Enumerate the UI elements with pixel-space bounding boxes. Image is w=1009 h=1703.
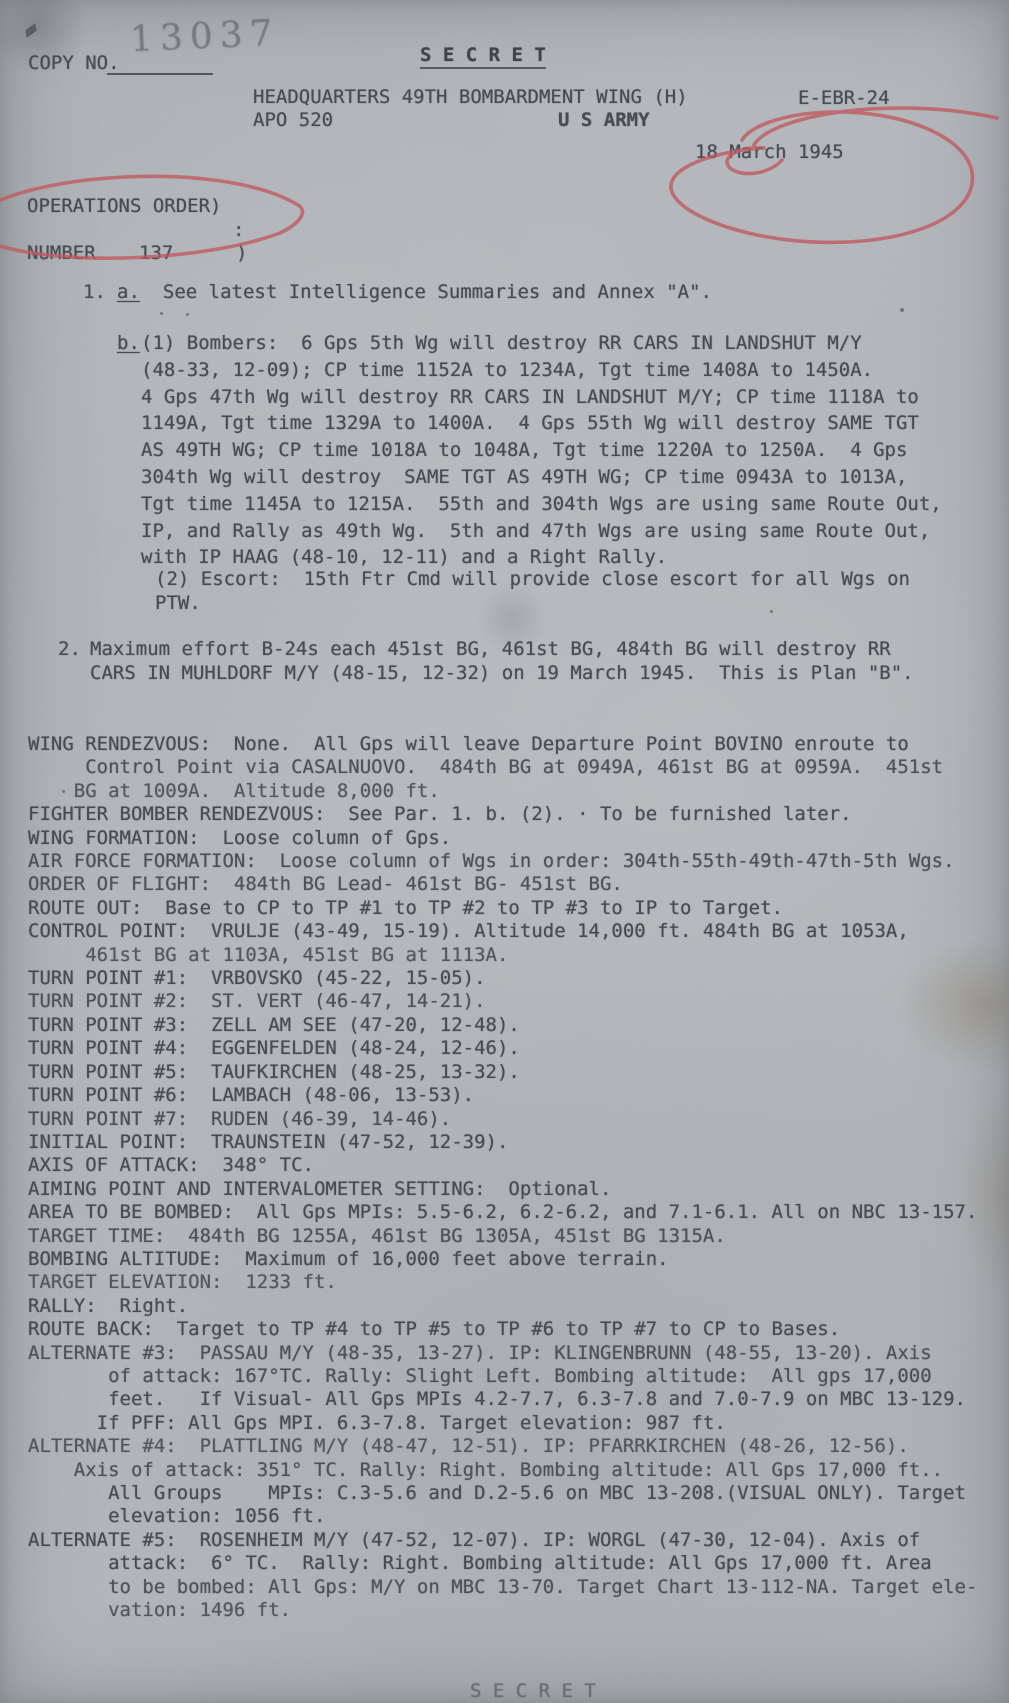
text-line: CARS IN MUHLDORF M/Y (48-15, 12-32) on 1…: [90, 661, 914, 685]
text-line: (2) Escort: 15th Ftr Cmd will provide cl…: [155, 567, 910, 591]
text-line: TURN POINT #3: ZELL AM SEE (47-20, 12-48…: [28, 1014, 977, 1037]
red-pen-circle-date: [671, 112, 973, 242]
operations-order-title: OPERATIONS ORDER): [27, 195, 221, 218]
text-line: TURN POINT #6: LAMBACH (48-06, 13-53).: [28, 1084, 977, 1107]
order-number-label: NUMBER: [27, 242, 96, 265]
text-line: AREA TO BE BOMBED: All Gps MPIs: 5.5-6.2…: [28, 1201, 977, 1224]
copy-number-stamp: 13037: [129, 13, 280, 60]
text-line: ALTERNATE #3: PASSAU M/Y (48-35, 13-27).…: [28, 1342, 977, 1365]
text-line: elevation: 1056 ft.: [28, 1505, 977, 1528]
text-line: BG at 1009A. Altitude 8,000 ft.: [28, 780, 977, 803]
classification-top: S E C R E T: [420, 44, 546, 69]
apo-line: APO 520: [253, 109, 333, 132]
headquarters-line: HEADQUARTERS 49TH BOMBARDMENT WING (H): [253, 86, 688, 109]
paragraph-1b-lines: (1) Bombers: 6 Gps 5th Wg will destroy R…: [141, 330, 942, 571]
text-line: BOMBING ALTITUDE: Maximum of 16,000 feet…: [28, 1248, 977, 1271]
text-line: If PFF: All Gps MPI. 6.3-7.8. Target ele…: [28, 1412, 977, 1435]
text-line: TURN POINT #7: RUDEN (46-39, 14-46).: [28, 1108, 977, 1131]
text-line: All Groups MPIs: C.3-5.6 and D.2-5.6 on …: [28, 1482, 977, 1505]
paragraph-1b-marker: b.: [117, 330, 140, 357]
paper-speck: [160, 312, 163, 315]
text-line: Axis of attack: 351° TC. Rally: Right. B…: [28, 1459, 977, 1482]
text-line: WING RENDEZVOUS: None. All Gps will leav…: [28, 733, 977, 756]
text-line: TURN POINT #1: VRBOVSKO (45-22, 15-05).: [28, 967, 977, 990]
order-details: WING RENDEZVOUS: None. All Gps will leav…: [28, 733, 977, 1622]
text-line: WING FORMATION: Loose column of Gps.: [28, 827, 977, 850]
paper-speck: [770, 610, 773, 613]
text-line: IP, and Rally as 49th Wg. 5th and 47th W…: [141, 518, 942, 545]
text-line: ROUTE OUT: Base to CP to TP #1 to TP #2 …: [28, 897, 977, 920]
text-line: ORDER OF FLIGHT: 484th BG Lead- 461st BG…: [28, 873, 977, 896]
text-line: feet. If Visual- All Gps MPIs 4.2-7.7, 6…: [28, 1388, 977, 1411]
paragraph-2-lines: Maximum effort B-24s each 451st BG, 461s…: [90, 637, 914, 685]
text-line: RALLY: Right.: [28, 1295, 977, 1318]
copy-no-blank-line: [107, 73, 213, 75]
text-line: ALTERNATE #5: ROSENHEIM M/Y (47-52, 12-0…: [28, 1529, 977, 1552]
text-line: CONTROL POINT: VRULJE (43-49, 15-19). Al…: [28, 920, 977, 943]
text-line: PTW.: [155, 591, 910, 615]
text-line: 461st BG at 1103A, 451st BG at 1113A.: [28, 944, 977, 967]
copy-no-label: COPY NO.: [28, 52, 120, 75]
order-separator-colon: :: [233, 219, 244, 242]
text-line: TURN POINT #4: EGGENFELDEN (48-24, 12-46…: [28, 1037, 977, 1060]
paragraph-1-number: 1.: [83, 281, 106, 304]
paper-speck: [186, 313, 189, 316]
text-line: 4 Gps 47th Wg will destroy RR CARS IN LA…: [141, 384, 942, 411]
text-line: Tgt time 1145A to 1215A. 55th and 304th …: [141, 491, 942, 518]
text-line: Control Point via CASALNUOVO. 484th BG a…: [28, 756, 977, 779]
text-line: AS 49TH WG; CP time 1018A to 1048A, Tgt …: [141, 437, 942, 464]
text-line: INITIAL POINT: TRAUNSTEIN (47-52, 12-39)…: [28, 1131, 977, 1154]
classification-bottom: S E C R E T: [470, 1680, 596, 1703]
text-line: attack: 6° TC. Rally: Right. Bombing alt…: [28, 1552, 977, 1575]
paper-corner-mark: [25, 23, 36, 37]
text-line: TARGET TIME: 484th BG 1255A, 461st BG 13…: [28, 1225, 977, 1248]
red-pen-strokes: [0, 108, 997, 258]
text-line: FIGHTER BOMBER RENDEZVOUS: See Par. 1. b…: [28, 803, 977, 826]
text-line: AIMING POINT AND INTERVALOMETER SETTING:…: [28, 1178, 977, 1201]
text-line: Maximum effort B-24s each 451st BG, 461s…: [90, 637, 914, 661]
date: 18 March 1945: [695, 141, 844, 164]
scanned-document-page: 13037 COPY NO. S E C R E T HEADQUARTERS …: [0, 0, 1009, 1703]
army-line: U S ARMY: [558, 109, 650, 132]
text-line: 304th Wg will destroy SAME TGT AS 49TH W…: [141, 464, 942, 491]
text-line: (1) Bombers: 6 Gps 5th Wg will destroy R…: [141, 330, 942, 357]
text-line: of attack: 167°TC. Rally: Slight Left. B…: [28, 1365, 977, 1388]
order-number: 137: [139, 242, 173, 265]
red-pen-tail-stroke: [754, 108, 997, 145]
text-line: AIR FORCE FORMATION: Loose column of Wgs…: [28, 850, 977, 873]
text-line: TURN POINT #2: ST. VERT (46-47, 14-21).: [28, 990, 977, 1013]
text-line: (48-33, 12-09); CP time 1152A to 1234A, …: [141, 357, 942, 384]
text-line: 1149A, Tgt time 1329A to 1400A. 4 Gps 55…: [141, 410, 942, 437]
paragraph-1a-text: See latest Intelligence Summaries and An…: [140, 281, 712, 304]
text-line: vation: 1496 ft.: [28, 1599, 977, 1622]
text-line: AXIS OF ATTACK: 348° TC.: [28, 1154, 977, 1177]
text-line: ROUTE BACK: Target to TP #4 to TP #5 to …: [28, 1318, 977, 1341]
paper-speck: [900, 308, 904, 312]
paragraph-1a: 1. a. See latest Intelligence Summaries …: [0, 281, 1009, 305]
text-line: ALTERNATE #4: PLATTLING M/Y (48-47, 12-5…: [28, 1435, 977, 1458]
escort-paragraph: (2) Escort: 15th Ftr Cmd will provide cl…: [155, 567, 910, 615]
text-line: to be bombed: All Gps: M/Y on MBC 13-70.…: [28, 1576, 977, 1599]
text-line: TARGET ELEVATION: 1233 ft.: [28, 1271, 977, 1294]
text-line: TURN POINT #5: TAUFKIRCHEN (48-25, 13-32…: [28, 1061, 977, 1084]
paper-speck: [62, 790, 65, 793]
reference-number: E-EBR-24: [798, 87, 890, 110]
order-close-paren: ): [236, 242, 247, 265]
paragraph-2-number: 2.: [58, 637, 81, 661]
paragraph-1a-marker: a.: [117, 281, 140, 304]
